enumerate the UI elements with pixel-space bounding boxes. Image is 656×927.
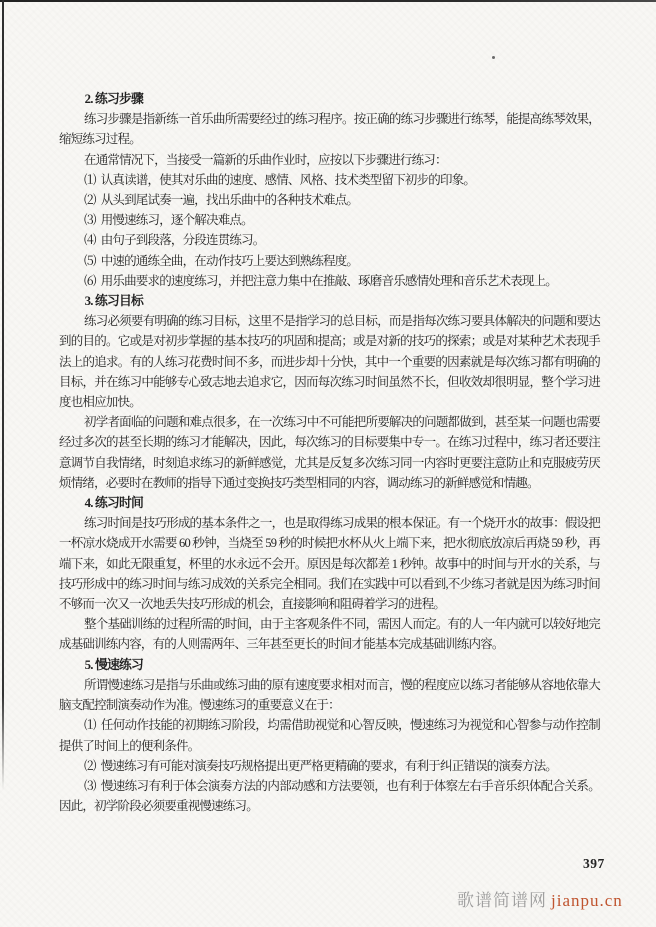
watermark-site-name: 歌谱简谱网 xyxy=(457,891,547,910)
list-item-text: 用慢速练习，逐个解决难点。 xyxy=(101,213,253,227)
section-heading: 2. 练习步骤 xyxy=(59,89,600,109)
scan-edge-top xyxy=(0,0,656,2)
list-item: ⑴认真读谱，使其对乐曲的速度、感情、风格、技术类型留下初步的印象。 xyxy=(59,170,600,190)
list-item: ⑵慢速练习有可能对演奏技巧规格提出更严格更精确的要求，有利于纠正错误的演奏方法。 xyxy=(59,756,600,776)
list-item-text: 任何动作技能的初期练习阶段，均需借助视觉和心智反映，慢速练习为视觉和心智参与动作… xyxy=(59,718,600,752)
paragraph: 练习必须要有明确的练习目标，这里不是指学习的总目标，而是指每次练习要具体解决的问… xyxy=(59,311,600,412)
list-item: ⑴任何动作技能的初期练习阶段，均需借助视觉和心智反映，慢速练习为视觉和心智参与动… xyxy=(59,715,600,755)
list-item: ⑷由句子到段落，分段连贯练习。 xyxy=(59,230,600,250)
list-item-text: 中速的通练全曲，在动作技巧上要达到熟练程度。 xyxy=(101,254,358,268)
list-item-marker: ⑷ xyxy=(84,233,96,247)
list-item-marker: ⑵ xyxy=(84,193,96,207)
paragraph: 练习步骤是指新练一首乐曲所需要经过的练习程序。按正确的练习步骤进行练琴，能提高练… xyxy=(59,109,600,149)
list-item-text: 认真读谱，使其对乐曲的速度、感情、风格、技术类型留下初步的印象。 xyxy=(101,173,475,187)
watermark: 歌谱简谱网jianpu.cn xyxy=(457,886,623,911)
list-item-marker: ⑴ xyxy=(84,718,96,732)
list-item: ⑶慢速练习有利于体会演奏方法的内部动感和方法要领，也有利于体察左右手音乐织体配合… xyxy=(59,776,600,816)
page-content: 2. 练习步骤 练习步骤是指新练一首乐曲所需要经过的练习程序。按正确的练习步骤进… xyxy=(59,89,600,816)
watermark-site-url: jianpu.cn xyxy=(551,891,623,910)
list-item: ⑶用慢速练习，逐个解决难点。 xyxy=(59,210,600,230)
list-item-marker: ⑸ xyxy=(84,254,96,268)
section-practice-time: 4. 练习时间 练习时间是技巧形成的基本条件之一，也是取得练习成果的根本保证。有… xyxy=(59,493,600,655)
paragraph: 所谓慢速练习是指与乐曲或练习曲的原有速度要求相对而言，慢的程度应以练习者能够从容… xyxy=(59,675,600,715)
paragraph: 在通常情况下，当接受一篇新的乐曲作业时，应按以下步骤进行练习： xyxy=(59,150,600,170)
page-number: 397 xyxy=(583,856,605,872)
list-item-marker: ⑶ xyxy=(84,779,96,793)
list-item-marker: ⑹ xyxy=(84,274,96,288)
scan-speck xyxy=(492,56,495,59)
list-item: ⑹用乐曲要求的速度练习，并把注意力集中在推敲、琢磨音乐感情处理和音乐艺术表现上。 xyxy=(59,271,600,291)
list-item-text: 慢速练习有可能对演奏技巧规格提出更严格更精确的要求，有利于纠正错误的演奏方法。 xyxy=(101,759,557,773)
paragraph: 初学者面临的问题和难点很多，在一次练习中不可能把所要解决的问题都做到，甚至某一问… xyxy=(59,412,600,493)
scan-edge-left xyxy=(2,0,4,790)
list-item-marker: ⑴ xyxy=(84,173,96,187)
section-practice-goals: 3. 练习目标 练习必须要有明确的练习目标，这里不是指学习的总目标，而是指每次练… xyxy=(59,291,600,493)
list-item-marker: ⑶ xyxy=(84,213,96,227)
list-item-text: 从头到尾试奏一遍，找出乐曲中的各种技术难点。 xyxy=(101,193,358,207)
section-slow-practice: 5. 慢速练习 所谓慢速练习是指与乐曲或练习曲的原有速度要求相对而言，慢的程度应… xyxy=(59,655,600,817)
scanned-book-page: 2. 练习步骤 练习步骤是指新练一首乐曲所需要经过的练习程序。按正确的练习步骤进… xyxy=(0,0,656,927)
list-item-text: 用乐曲要求的速度练习，并把注意力集中在推敲、琢磨音乐感情处理和音乐艺术表现上。 xyxy=(101,274,557,288)
list-item-marker: ⑵ xyxy=(84,759,96,773)
list-item: ⑸中速的通练全曲，在动作技巧上要达到熟练程度。 xyxy=(59,251,600,271)
list-item: ⑵从头到尾试奏一遍，找出乐曲中的各种技术难点。 xyxy=(59,190,600,210)
paragraph: 整个基础训练的过程所需的时间，由于主客观条件不同，需因人而定。有的人一年内就可以… xyxy=(59,614,600,654)
paragraph: 练习时间是技巧形成的基本条件之一，也是取得练习成果的根本保证。有一个烧开水的故事… xyxy=(59,513,600,614)
section-heading: 4. 练习时间 xyxy=(59,493,600,513)
section-heading: 5. 慢速练习 xyxy=(59,655,600,675)
section-heading: 3. 练习目标 xyxy=(59,291,600,311)
section-practice-steps: 2. 练习步骤 练习步骤是指新练一首乐曲所需要经过的练习程序。按正确的练习步骤进… xyxy=(59,89,600,291)
list-item-text: 由句子到段落，分段连贯练习。 xyxy=(101,233,265,247)
list-item-text: 慢速练习有利于体会演奏方法的内部动感和方法要领，也有利于体察左右手音乐织体配合关… xyxy=(59,779,600,813)
